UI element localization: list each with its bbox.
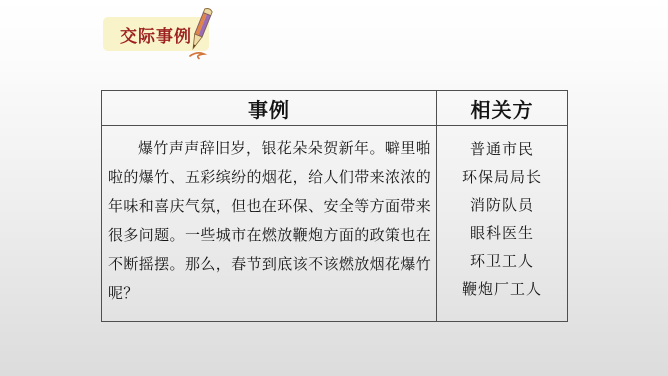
col-header-stakeholders: 相关方 xyxy=(437,91,568,126)
stakeholder-item: 眼科医生 xyxy=(438,220,566,248)
stakeholder-item: 环卫工人 xyxy=(438,248,566,276)
slide: 交际事例 事例 相关方 xyxy=(0,0,668,376)
stakeholder-item: 鞭炮厂工人 xyxy=(438,276,566,304)
stakeholders-cell: 普通市民环保局局长消防队员眼科医生环卫工人鞭炮厂工人 xyxy=(437,126,568,322)
case-text-cell: 爆竹声声辞旧岁，银花朵朵贺新年。噼里啪啦的爆竹、五彩缤纷的烟花，给人们带来浓浓的… xyxy=(102,126,437,322)
stakeholder-item: 环保局局长 xyxy=(438,164,566,192)
pencil-icon xyxy=(181,5,221,63)
stakeholder-item: 消防队员 xyxy=(438,192,566,220)
col-header-case: 事例 xyxy=(102,91,437,126)
scribble-mark xyxy=(190,53,204,59)
case-text: 爆竹声声辞旧岁，银花朵朵贺新年。噼里啪啦的爆竹、五彩缤纷的烟花，给人们带来浓浓的… xyxy=(108,134,431,308)
stakeholder-item: 普通市民 xyxy=(438,136,566,164)
case-table: 事例 相关方 爆竹声声辞旧岁，银花朵朵贺新年。噼里啪啦的爆竹、五彩缤纷的烟花，给… xyxy=(101,90,568,322)
table-header-row: 事例 相关方 xyxy=(102,91,568,126)
stakeholder-list: 普通市民环保局局长消防队员眼科医生环卫工人鞭炮厂工人 xyxy=(438,136,566,304)
table-body-row: 爆竹声声辞旧岁，银花朵朵贺新年。噼里啪啦的爆竹、五彩缤纷的烟花，给人们带来浓浓的… xyxy=(102,126,568,322)
